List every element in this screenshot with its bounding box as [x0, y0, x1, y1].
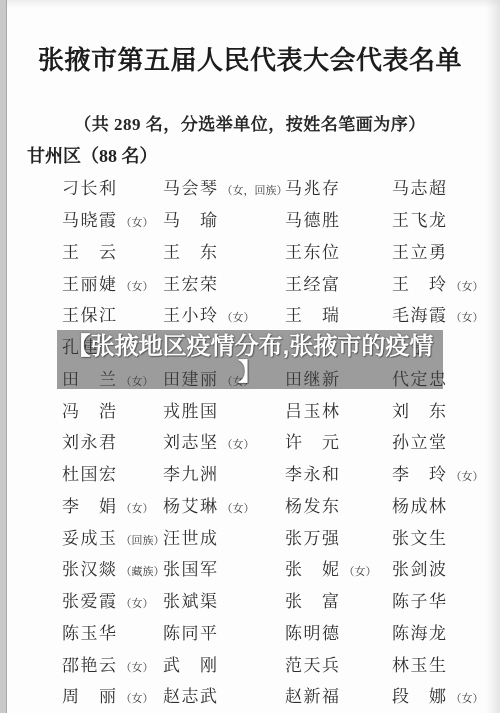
name-cell: 王小玲（女）: [163, 301, 285, 326]
person-name: 王 云: [62, 243, 118, 262]
name-cell: 刘 东: [392, 397, 500, 422]
name-cell: 王 玲（女）: [392, 270, 500, 295]
table-row: 杜国宏李九洲李永和李 玲（女）: [0, 457, 500, 489]
watermark-line1: 【张掖地区疫情分布,张掖市的疫情: [67, 334, 434, 360]
name-cell: 吕玉林: [285, 397, 392, 422]
gender-ethnic-note: （女）: [121, 598, 154, 610]
gender-ethnic-note: （女）: [121, 217, 154, 229]
person-name: 张国军: [163, 560, 219, 579]
person-name: 邵艳云: [62, 656, 118, 675]
table-row: 邵艳云（女）武 刚范天兵林玉生: [0, 647, 500, 679]
name-cell: 张爱霞（女）: [62, 587, 163, 612]
person-name: 李永和: [285, 465, 341, 484]
person-name: 张万强: [285, 529, 341, 548]
person-name: 陈明德: [285, 624, 341, 643]
gender-ethnic-note: （藏族）: [121, 566, 165, 578]
person-name: 张斌渠: [163, 592, 219, 611]
table-row: 张汉燚（藏族）张国军张 妮（女）张剑波: [0, 552, 500, 584]
gender-ethnic-note: （女）: [451, 281, 484, 293]
scan-right-edge: [486, 0, 500, 713]
person-name: 王东位: [285, 243, 341, 262]
person-name: 王立勇: [392, 243, 448, 262]
name-cell: 杨发东: [285, 492, 392, 517]
person-name: 李 玲: [392, 465, 448, 484]
name-cell: 王东位: [285, 238, 392, 263]
table-row: 陈玉华陈同平陈明德陈海龙: [0, 616, 500, 648]
gender-ethnic-note: （回族）: [121, 535, 165, 547]
person-name: 陈海龙: [392, 624, 448, 643]
person-name: 张 富: [285, 592, 341, 611]
person-name: 赵新福: [285, 687, 341, 706]
person-name: 许 元: [285, 433, 341, 452]
person-name: 周 丽: [62, 687, 118, 706]
name-cell: 范天兵: [285, 651, 392, 676]
table-row: 周 丽（女）赵志武赵新福段 娜（女）: [0, 679, 500, 711]
name-cell: 陈海龙: [392, 619, 500, 644]
name-cell: 杜国宏: [62, 460, 163, 485]
scan-top-shading: [0, 0, 500, 8]
person-name: 杨艾琳: [163, 497, 219, 516]
name-cell: 李九洲: [163, 460, 285, 485]
name-cell: 毛海霞（女）: [392, 301, 500, 326]
person-name: 陈同平: [163, 624, 219, 643]
gender-ethnic-note: （女）: [451, 312, 484, 324]
name-cell: 张万强: [285, 524, 392, 549]
name-cell: 马会琴（女，回族）: [163, 174, 285, 199]
name-cell: 张 富: [285, 587, 392, 612]
table-row: 刘永君刘志坚（女）许 元孙立堂: [0, 425, 500, 457]
name-cell: 孙立堂: [392, 428, 500, 453]
table-row: 冯 浩戎胜国吕玉林刘 东: [0, 393, 500, 425]
name-cell: 李永和: [285, 460, 392, 485]
name-cell: 张汉燚（藏族）: [62, 555, 163, 580]
gender-ethnic-note: （女）: [451, 693, 484, 705]
person-name: 陈子华: [392, 592, 448, 611]
name-cell: 杨成林: [392, 492, 500, 517]
person-name: 刘永君: [62, 433, 118, 452]
watermark-line2: 】: [238, 360, 262, 386]
person-name: 张文生: [392, 529, 448, 548]
gender-ethnic-note: （女）: [222, 312, 255, 324]
name-cell: 马志超: [392, 174, 500, 199]
name-cell: 马晓霞（女）: [62, 206, 163, 231]
name-cell: 陈同平: [163, 619, 285, 644]
person-name: 段 娜: [392, 687, 448, 706]
table-row: 张爱霞（女）张斌渠张 富陈子华: [0, 584, 500, 616]
name-cell: 王 云: [62, 238, 163, 263]
person-name: 杨发东: [285, 497, 341, 516]
person-name: 马志超: [392, 179, 448, 198]
person-name: 张爱霞: [62, 592, 118, 611]
name-cell: 许 元: [285, 428, 392, 453]
person-name: 赵志武: [163, 687, 219, 706]
person-name: 李九洲: [163, 465, 219, 484]
name-cell: 赵志武: [163, 682, 285, 707]
name-cell: 李 玲（女）: [392, 460, 500, 485]
person-name: 陈玉华: [62, 624, 118, 643]
name-cell: 陈明德: [285, 619, 392, 644]
table-row: 王 云王 东王东位王立勇: [0, 235, 500, 267]
person-name: 王小玲: [163, 306, 219, 325]
page-title: 张掖市第五届人民代表大会代表名单: [0, 40, 500, 77]
name-cell: 张 妮（女）: [285, 555, 392, 580]
person-name: 毛海霞: [392, 306, 448, 325]
name-cell: 杨艾琳（女）: [163, 492, 285, 517]
name-cell: 王 瑞: [285, 301, 392, 326]
name-cell: 妥成玉（回族）: [62, 524, 163, 549]
section-header-ganzhou: 甘州区（88 名）: [27, 142, 158, 168]
name-cell: 邵艳云（女）: [62, 651, 163, 676]
gender-ethnic-note: （女）: [222, 439, 255, 451]
name-table: 刁长利马会琴（女，回族）马兆存马志超马晓霞（女）马 瑜马德胜王飞龙王 云王 东王…: [0, 171, 500, 711]
name-cell: 林玉生: [392, 651, 500, 676]
person-name: 妥成玉: [62, 529, 118, 548]
name-cell: 马德胜: [285, 206, 392, 231]
name-cell: 王宏荣: [163, 270, 285, 295]
person-name: 刁长利: [62, 179, 118, 198]
name-cell: 王经富: [285, 270, 392, 295]
table-row: 刁长利马会琴（女，回族）马兆存马志超: [0, 171, 500, 203]
gender-ethnic-note: （女）: [451, 471, 484, 483]
person-name: 王 瑞: [285, 306, 341, 325]
name-cell: 马兆存: [285, 174, 392, 199]
name-cell: 戎胜国: [163, 397, 285, 422]
name-cell: 张国军: [163, 555, 285, 580]
gender-ethnic-note: （女）: [121, 281, 154, 293]
person-name: 王 东: [163, 243, 219, 262]
person-name: 林玉生: [392, 656, 448, 675]
person-name: 武 刚: [163, 656, 219, 675]
person-name: 王宏荣: [163, 275, 219, 294]
person-name: 王保江: [62, 306, 118, 325]
name-cell: 马 瑜: [163, 206, 285, 231]
person-name: 王 玲: [392, 275, 448, 294]
table-row: 王保江王小玲（女）王 瑞毛海霞（女）: [0, 298, 500, 330]
table-row: 妥成玉（回族）汪世成张万强张文生: [0, 520, 500, 552]
name-cell: 段 娜（女）: [392, 682, 500, 707]
person-name: 李 娟: [62, 497, 118, 516]
person-name: 刘 东: [392, 402, 448, 421]
name-cell: 刁长利: [62, 174, 163, 199]
name-cell: 武 刚: [163, 651, 285, 676]
gender-ethnic-note: （女）: [121, 503, 154, 515]
person-name: 马 瑜: [163, 211, 219, 230]
person-name: 吕玉林: [285, 402, 341, 421]
name-cell: 张斌渠: [163, 587, 285, 612]
name-cell: 周 丽（女）: [62, 682, 163, 707]
name-cell: 王飞龙: [392, 206, 500, 231]
gender-ethnic-note: （女）: [121, 662, 154, 674]
gender-ethnic-note: （女）: [121, 693, 154, 705]
person-name: 范天兵: [285, 656, 341, 675]
name-cell: 刘志坚（女）: [163, 428, 285, 453]
name-cell: 赵新福: [285, 682, 392, 707]
gender-ethnic-note: （女）: [344, 566, 377, 578]
name-cell: 陈子华: [392, 587, 500, 612]
name-cell: 陈玉华: [62, 619, 163, 644]
person-name: 冯 浩: [62, 402, 118, 421]
watermark-overlay: 【张掖地区疫情分布,张掖市的疫情 】: [57, 330, 443, 389]
name-cell: 王立勇: [392, 238, 500, 263]
person-name: 张汉燚: [62, 560, 118, 579]
page-subtitle: （共 289 名，分选举单位，按姓名笔画为序）: [0, 110, 500, 135]
person-name: 张 妮: [285, 560, 341, 579]
scan-left-edge: [0, 0, 7, 713]
gender-ethnic-note: （女）: [222, 503, 255, 515]
table-row: 王丽婕（女）王宏荣王经富王 玲（女）: [0, 266, 500, 298]
person-name: 杜国宏: [62, 465, 118, 484]
name-cell: 王 东: [163, 238, 285, 263]
person-name: 马晓霞: [62, 211, 118, 230]
name-cell: 张文生: [392, 524, 500, 549]
table-row: 李 娟（女）杨艾琳（女）杨发东杨成林: [0, 489, 500, 521]
person-name: 汪世成: [163, 529, 219, 548]
name-cell: 李 娟（女）: [62, 492, 163, 517]
document-page: 张掖市第五届人民代表大会代表名单 （共 289 名，分选举单位，按姓名笔画为序）…: [0, 0, 500, 713]
name-cell: 刘永君: [62, 428, 163, 453]
person-name: 刘志坚: [163, 433, 219, 452]
person-name: 王飞龙: [392, 211, 448, 230]
person-name: 杨成林: [392, 497, 448, 516]
person-name: 孙立堂: [392, 433, 448, 452]
person-name: 张剑波: [392, 560, 448, 579]
person-name: 马兆存: [285, 179, 341, 198]
person-name: 戎胜国: [163, 402, 219, 421]
gender-ethnic-note: （女，回族）: [222, 185, 288, 197]
name-cell: 冯 浩: [62, 397, 163, 422]
name-cell: 王丽婕（女）: [62, 270, 163, 295]
person-name: 王丽婕: [62, 275, 118, 294]
name-cell: 王保江: [62, 301, 163, 326]
person-name: 马会琴: [163, 179, 219, 198]
name-cell: 张剑波: [392, 555, 500, 580]
name-cell: 汪世成: [163, 524, 285, 549]
table-row: 马晓霞（女）马 瑜马德胜王飞龙: [0, 203, 500, 235]
person-name: 马德胜: [285, 211, 341, 230]
person-name: 王经富: [285, 275, 341, 294]
